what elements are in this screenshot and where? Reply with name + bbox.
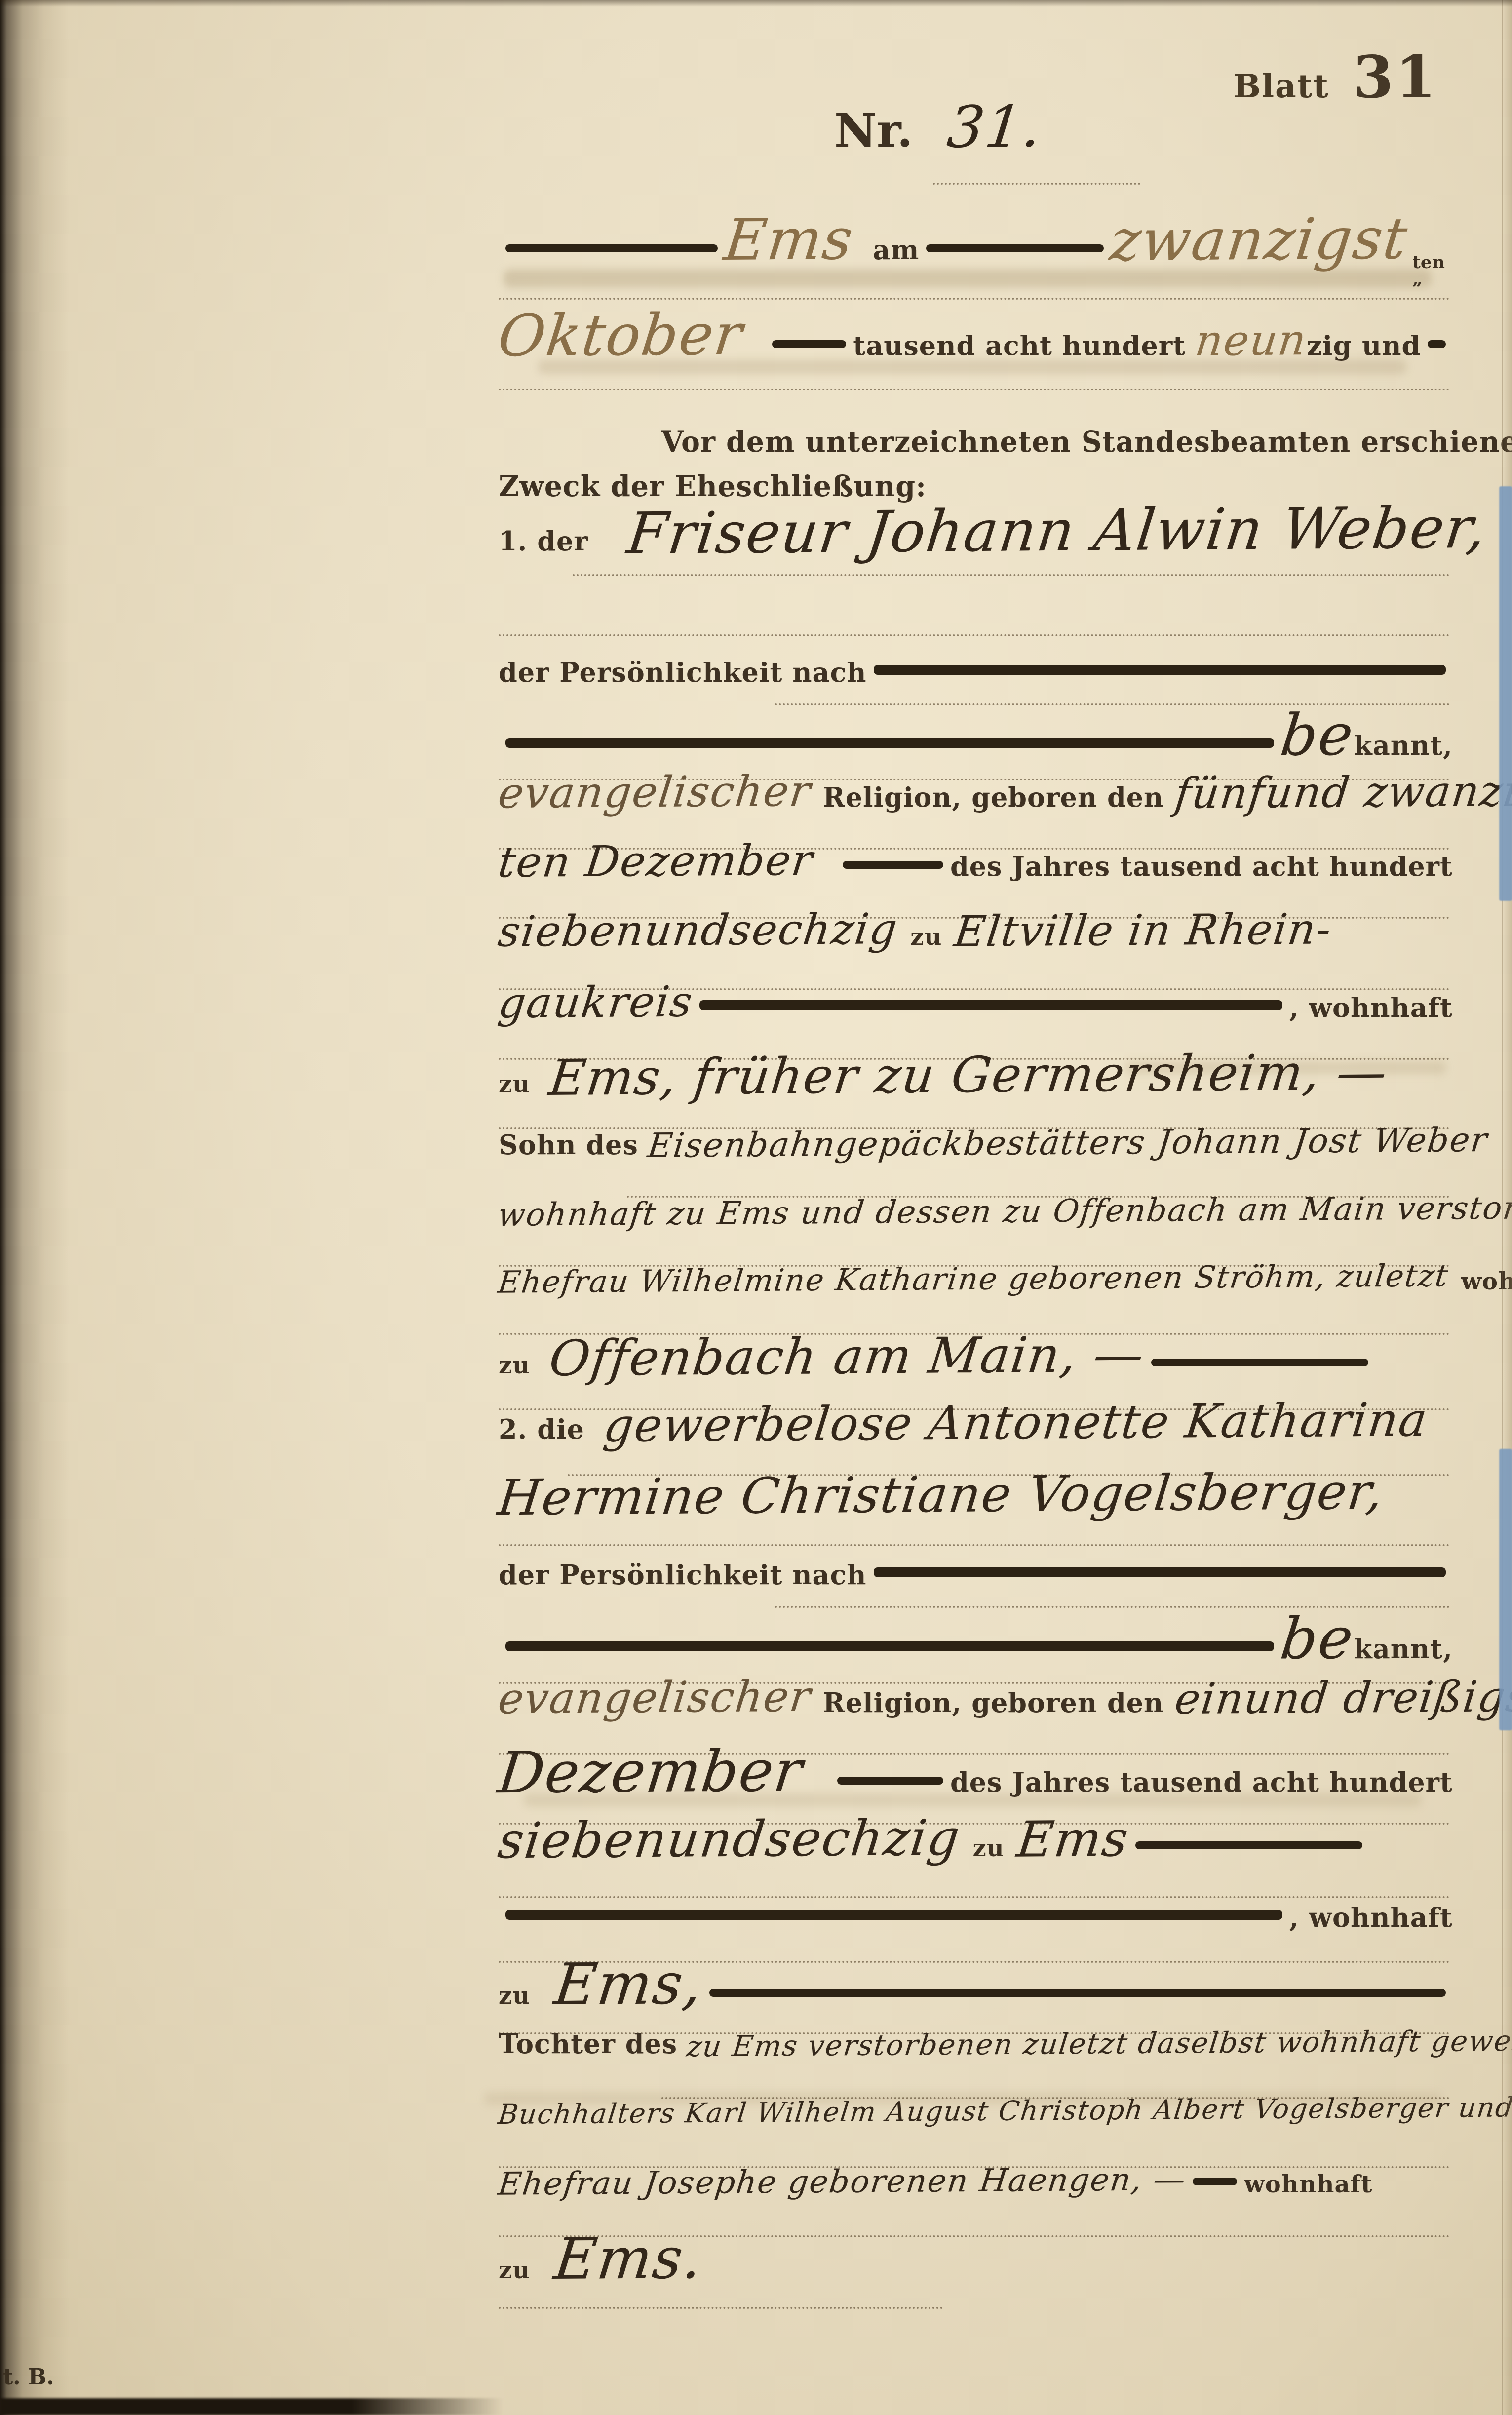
bride-entry-label: 2. die xyxy=(499,1413,584,1445)
sheet-number: 31 xyxy=(1353,42,1438,111)
mother-wohnhaft-printed: wohnhaft xyxy=(1244,2171,1372,2198)
groom-name-line: 1. der Friseur Johann Alwin Weber, xyxy=(499,503,1453,584)
ink-stroke xyxy=(505,738,1274,748)
dotted-rule xyxy=(499,389,1450,390)
dotted-rule xyxy=(499,634,1450,636)
ink-stroke xyxy=(699,1000,1282,1010)
ditto-mark: „ xyxy=(1412,271,1445,287)
bride-birth-day: einund dreißigsten xyxy=(1173,1675,1512,1720)
corner-note: t. B. xyxy=(3,2365,54,2390)
bride-father-name: Buchhalters Karl Wilhelm August Christop… xyxy=(497,2093,1512,2128)
dotted-rule xyxy=(499,1896,1450,1898)
opening-place: Ems xyxy=(721,211,856,269)
preamble-text-2: Zweck der Eheschließung: xyxy=(499,470,927,503)
groom-name: Friseur Johann Alwin Weber, xyxy=(624,500,1489,563)
sheet-label: Blatt xyxy=(1233,67,1329,105)
record-number-label: Nr. xyxy=(834,104,913,158)
groom-parents-residence: Offenbach am Main, — xyxy=(547,1330,1147,1383)
record-number-value: 31. xyxy=(944,98,1045,156)
printed-zu: zu xyxy=(910,923,942,951)
groom-known-printed: kannt, xyxy=(1354,730,1453,761)
bride-final-residence-line: zu Ems. xyxy=(499,2230,1453,2317)
identity-label: der Persönlichkeit nach xyxy=(499,657,867,688)
ink-stroke xyxy=(505,1910,1282,1920)
ink-stroke xyxy=(1428,340,1446,348)
groom-mother: Ehefrau Wilhelmine Katharine geborenen S… xyxy=(497,1260,1451,1297)
ink-stroke xyxy=(772,340,846,348)
printed-zu: zu xyxy=(499,2257,530,2284)
groom-parents-text: wohnhaft zu Ems und dessen zu Offenbach … xyxy=(496,1192,1512,1231)
year-words-printed: tausend acht hundert xyxy=(853,330,1186,361)
bride-name-1: gewerbelose Antonette Katharina xyxy=(601,1397,1431,1449)
bride-birth-place: Ems xyxy=(1014,1814,1131,1865)
groom-birth-day: fünfund zwanzigs xyxy=(1173,770,1512,815)
bride-wohnhaft-printed: , wohnhaft xyxy=(1289,1902,1453,1933)
groom-religion-hand: evangelischer xyxy=(496,770,814,815)
bride-name-line-2: Hermine Christiane Vogelsberger, xyxy=(499,1470,1453,1554)
groom-known-hand: be xyxy=(1278,706,1357,764)
ink-stroke xyxy=(926,244,1104,252)
dotted-rule xyxy=(499,1544,1450,1546)
ink-stroke xyxy=(874,665,1446,675)
bride-name-2: Hermine Christiane Vogelsberger, xyxy=(495,1467,1386,1523)
groom-birth-place-cont: gaukreis xyxy=(496,981,696,1025)
opening-day: zwanzigst xyxy=(1107,210,1411,270)
sheet-header: Blatt 31 xyxy=(1233,42,1438,111)
bride-known-hand: be xyxy=(1278,1610,1357,1668)
dotted-rule xyxy=(499,298,1450,300)
printed-zu: zu xyxy=(499,1982,530,2010)
printed-zu: zu xyxy=(499,1070,530,1098)
son-of-label: Sohn des xyxy=(499,1129,638,1161)
preamble-text-1: Vor dem unterzeichneten Standesbeamten e… xyxy=(661,426,1512,459)
daughter-of-label: Tochter des xyxy=(499,2028,677,2060)
bride-birth-month: Dezember xyxy=(495,1743,806,1802)
opening-place-line: Ems am zwanzigst ten „ xyxy=(499,211,1453,308)
ink-stroke xyxy=(843,861,943,869)
groom-residence: Ems, früher zu Germersheim, — xyxy=(547,1048,1391,1103)
identity-label: der Persönlichkeit nach xyxy=(499,1559,867,1591)
record-number-line: Nr. 31. xyxy=(834,99,1209,193)
bride-known-printed: kannt, xyxy=(1354,1633,1453,1665)
ink-stroke xyxy=(837,1777,943,1785)
ink-stroke xyxy=(1193,2178,1237,2185)
bride-religion-hand: evangelischer xyxy=(496,1675,814,1720)
blue-underlay-strip-bottom xyxy=(1499,1449,1512,1730)
groom-entry-label: 1. der xyxy=(499,525,588,557)
bride-birth-year-place-line: siebenundsechzig zu Ems xyxy=(499,1815,1453,1906)
ink-stroke xyxy=(1135,1841,1362,1849)
preamble-line-1: Vor dem unterzeichneten Standesbeamten e… xyxy=(499,426,1453,470)
dotted-rule xyxy=(499,2307,943,2309)
ink-stroke xyxy=(505,1641,1274,1651)
bride-birth-year: siebenundsechzig xyxy=(496,1813,963,1866)
ink-stroke xyxy=(505,244,718,252)
groom-religion-printed: Religion, geboren den xyxy=(823,781,1164,813)
groom-birth-year: siebenundsechzig xyxy=(496,908,900,953)
dotted-rule xyxy=(573,574,1450,576)
day-suffix-text: ten xyxy=(1412,254,1445,271)
bride-residence: Ems, xyxy=(551,1955,706,2014)
bottom-edge-shadow xyxy=(0,2398,504,2415)
printed-am: am xyxy=(873,234,919,266)
opening-month: Oktober xyxy=(495,306,746,365)
ink-stroke xyxy=(874,1567,1446,1577)
dotted-rule xyxy=(933,183,1140,185)
blank-ruled-line xyxy=(499,590,1453,644)
groom-wohnhaft-printed: , wohnhaft xyxy=(1289,992,1453,1023)
blue-underlay-strip-top xyxy=(1499,486,1512,901)
year-hand: neun xyxy=(1193,319,1309,362)
bride-year-label: des Jahres tausend acht hundert xyxy=(950,1766,1453,1798)
year-tail-printed: zig und xyxy=(1307,330,1421,361)
ink-stroke xyxy=(1151,1359,1368,1366)
page-edge-shade xyxy=(1502,0,1512,2415)
register-page: Blatt 31 Nr. 31. Ems am zwanzigst ten „ … xyxy=(0,0,1512,2415)
bride-religion-printed: Religion, geboren den xyxy=(823,1687,1164,1718)
bride-mother: Ehefrau Josephe geborenen Haengen, — xyxy=(497,2164,1188,2200)
groom-birth-day-cont: ten Dezember xyxy=(496,839,815,884)
printed-zu: zu xyxy=(973,1834,1005,1862)
bride-father-text: zu Ems verstorbenen zuletzt daselbst woh… xyxy=(685,2026,1512,2061)
day-suffix: ten „ xyxy=(1412,254,1445,287)
groom-birth-place: Eltville in Rhein- xyxy=(952,908,1334,953)
groom-father: Eisenbahngepäckbestätters Johann Jost We… xyxy=(646,1124,1489,1163)
groom-year-label: des Jahres tausend acht hundert xyxy=(950,851,1453,882)
printed-zu: zu xyxy=(499,1352,530,1379)
bride-final-residence: Ems. xyxy=(551,2230,706,2288)
ink-stroke xyxy=(709,1989,1446,1997)
opening-month-year-line: Oktober tausend acht hundert neun zig un… xyxy=(499,307,1453,398)
